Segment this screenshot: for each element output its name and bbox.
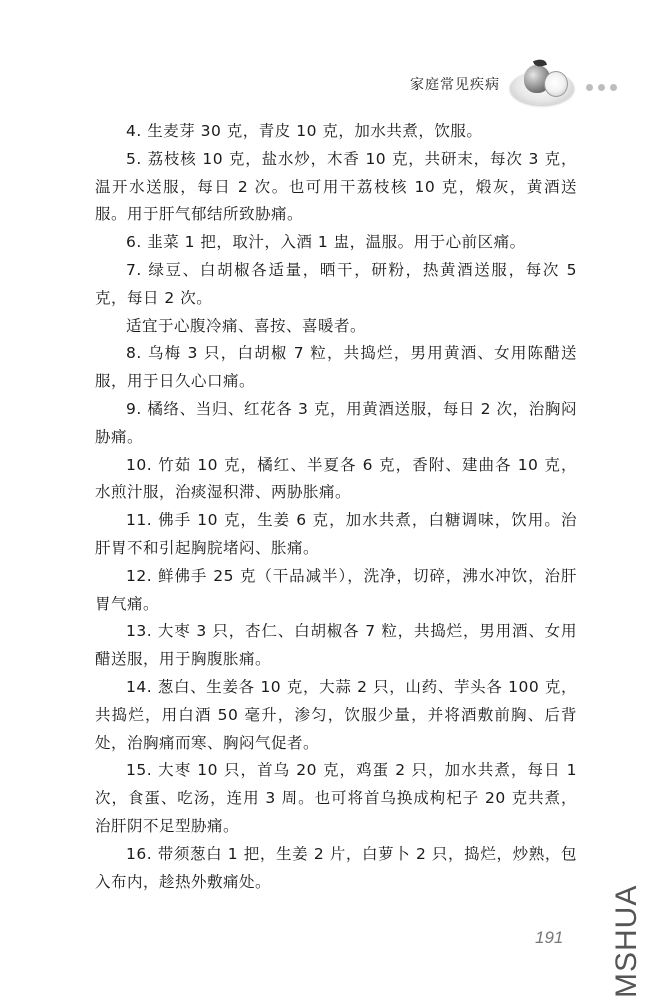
remedy-6: 6. 韭菜 1 把，取汁，入酒 1 盅，温服。用于心前区痛。 — [95, 229, 577, 257]
remedy-14: 14. 葱白、生姜各 10 克，大蒜 2 只，山药、芋头各 100 克，共捣烂，… — [95, 674, 577, 757]
apple-half-icon — [544, 71, 568, 97]
body-text: 4. 生麦芽 30 克，青皮 10 克，加水共煮，饮服。 5. 荔枝核 10 克… — [95, 118, 577, 896]
remedy-8: 8. 乌梅 3 只，白胡椒 7 粒，共捣烂，男用黄酒、女用陈醋送服，用于日久心口… — [95, 340, 577, 396]
watermark: MSHUA — [610, 885, 644, 998]
dot-icon — [586, 84, 593, 91]
dot-icon — [598, 84, 605, 91]
dot-icon — [610, 84, 617, 91]
remedy-10: 10. 竹茹 10 克，橘红、半夏各 6 克，香附、建曲各 10 克，水煎汁服，… — [95, 452, 577, 508]
ellipsis-dots-icon — [586, 84, 617, 91]
remedy-11: 11. 佛手 10 克，生姜 6 克，加水共煮，白糖调味，饮用。治肝胃不和引起胸… — [95, 507, 577, 563]
header-title: 家庭常见疾病 — [410, 74, 500, 94]
remedy-16: 16. 带须葱白 1 把，生姜 2 片，白萝卜 2 只，捣烂，炒熟，包入布内，趁… — [95, 841, 577, 897]
page-number: 191 — [535, 928, 563, 948]
remedy-4: 4. 生麦芽 30 克，青皮 10 克，加水共煮，饮服。 — [95, 118, 577, 146]
remedy-9: 9. 橘络、当归、红花各 3 克，用黄酒送服，每日 2 次，治胸闷胁痛。 — [95, 396, 577, 452]
remedy-5: 5. 荔枝核 10 克，盐水炒，木香 10 克，共研末，每次 3 克，温开水送服… — [95, 146, 577, 229]
apple-plate-icon — [510, 57, 576, 107]
remedy-15: 15. 大枣 10 只，首乌 20 克，鸡蛋 2 只，加水共煮，每日 1 次，食… — [95, 757, 577, 840]
running-header: 家庭常见疾病 — [410, 52, 617, 112]
remedy-7-note: 适宜于心腹冷痛、喜按、喜暖者。 — [95, 313, 577, 341]
remedy-7: 7. 绿豆、白胡椒各适量，晒干，研粉，热黄酒送服，每次 5 克，每日 2 次。 — [95, 257, 577, 313]
remedy-13: 13. 大枣 3 只，杏仁、白胡椒各 7 粒，共捣烂，男用酒、女用醋送服，用于胸… — [95, 618, 577, 674]
remedy-12: 12. 鲜佛手 25 克（干品减半），洗净，切碎，沸水冲饮，治肝胃气痛。 — [95, 563, 577, 619]
